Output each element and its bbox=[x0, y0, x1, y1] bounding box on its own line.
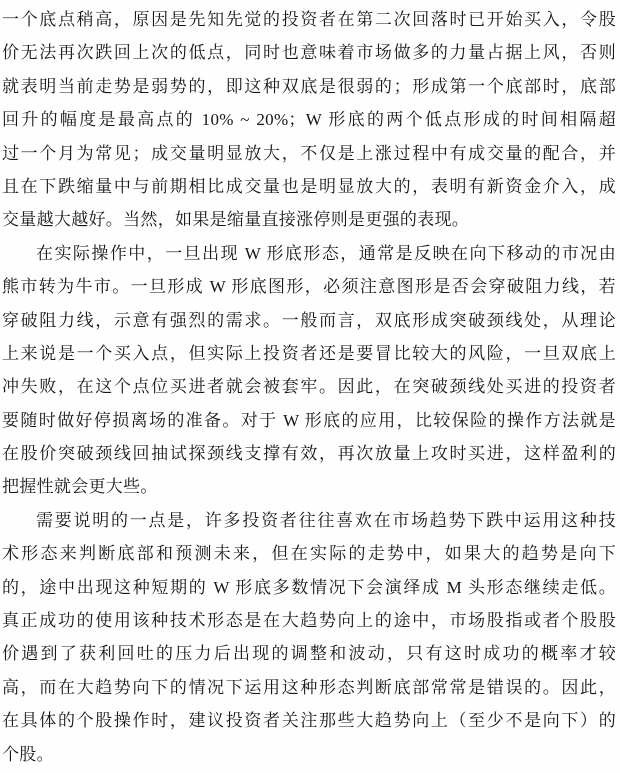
text-line: 熊市转为牛市。一旦形成 W 形底图形，必须注意图形是否会穿破阻力线，若 bbox=[2, 270, 616, 303]
paragraph: 需要说明的一点是，许多投资者往往喜欢在市场趋势下跌中运用这种技术形态来判断底部和… bbox=[2, 504, 616, 771]
text-line: 在股价突破颈线回抽试探颈线支撑有效，再次放量上攻时买进，这样盈利的 bbox=[2, 437, 616, 470]
text-line: 把握性就会更大些。 bbox=[2, 470, 616, 503]
text-line: 在实际操作中，一旦出现 W 形底形态，通常是反映在向下移动的市况由 bbox=[2, 237, 616, 270]
text-line: 要随时做好停损离场的准备。对于 W 形底的应用，比较保险的操作方法就是 bbox=[2, 404, 616, 437]
text-line: 高，而在大趋势向下的情况下运用这种形态判断底部常常是错误的。因此， bbox=[2, 671, 616, 704]
paragraph: 一个底点稍高，原因是先知先觉的投资者在第二次回落时已开始买入，令股价无法再次跌回… bbox=[2, 3, 616, 237]
paragraph: 在实际操作中，一旦出现 W 形底形态，通常是反映在向下移动的市况由熊市转为牛市。… bbox=[2, 237, 616, 504]
text-line: 就表明当前走势是弱势的，即这种双底是很弱的；形成第一个底部时，底部 bbox=[2, 70, 616, 103]
text-line: 价遇到了获利回吐的压力后出现的调整和波动，只有这时成功的概率才较 bbox=[2, 637, 616, 670]
text-line: 回升的幅度是最高点的 10% ~ 20%；W 形底的两个低点形成的时间相隔超 bbox=[2, 103, 616, 136]
text-line: 术形态来判断底部和预测未来，但在实际的走势中，如果大的趋势是向下 bbox=[2, 537, 616, 570]
text-line: 交量越大越好。当然，如果是缩量直接涨停则是更强的表现。 bbox=[2, 203, 616, 236]
text-line: 需要说明的一点是，许多投资者往往喜欢在市场趋势下跌中运用这种技 bbox=[2, 504, 616, 537]
text-line: 穿破阻力线，示意有强烈的需求。一般而言，双底形成突破颈线处，从理论 bbox=[2, 304, 616, 337]
text-line: 的，途中出现这种短期的 W 形底多数情况下会演绎成 M 头形态继续走低。 bbox=[2, 571, 616, 604]
document-page: 一个底点稍高，原因是先知先觉的投资者在第二次回落时已开始买入，令股价无法再次跌回… bbox=[0, 0, 620, 773]
text-line: 冲失败，在这个点位买进者就会被套牢。因此，在突破颈线处买进的投资者 bbox=[2, 370, 616, 403]
text-line: 在具体的个股操作时，建议投资者关注那些大趋势向上（至少不是向下）的 bbox=[2, 704, 616, 737]
text-line: 上来说是一个买入点，但实际上投资者还是要冒比较大的风险，一旦双底上 bbox=[2, 337, 616, 370]
text-line: 价无法再次跌回上次的低点，同时也意味着市场做多的力量占据上风，否则 bbox=[2, 36, 616, 69]
text-line: 一个底点稍高，原因是先知先觉的投资者在第二次回落时已开始买入，令股 bbox=[2, 3, 616, 36]
text-line: 过一个月为常见；成交量明显放大，不仅是上涨过程中有成交量的配合，并 bbox=[2, 137, 616, 170]
document-body: 一个底点稍高，原因是先知先觉的投资者在第二次回落时已开始买入，令股价无法再次跌回… bbox=[2, 3, 616, 771]
text-line: 且在下跌缩量中与前期相比成交量也是明显放大的，表明有新资金介入，成 bbox=[2, 170, 616, 203]
text-line: 个股。 bbox=[2, 738, 616, 771]
text-line: 真正成功的使用该种技术形态是在大趋势向上的途中，市场股指或者个股股 bbox=[2, 604, 616, 637]
